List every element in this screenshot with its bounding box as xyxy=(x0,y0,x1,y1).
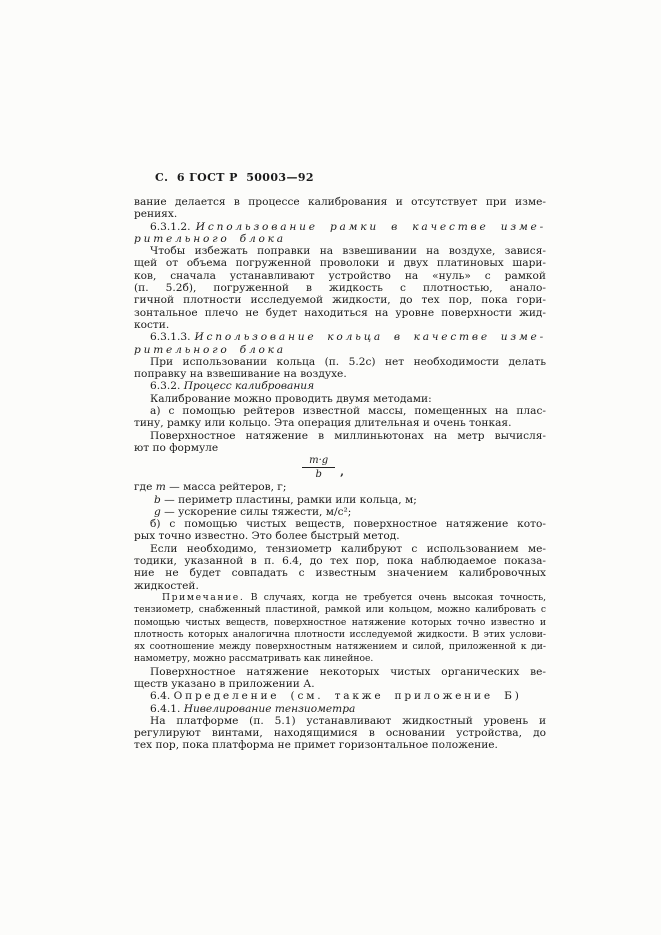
formula-numerator: m·g xyxy=(302,455,335,468)
section-heading-line: 6.4.1. Нивелирование тензиометра xyxy=(134,703,546,715)
paragraph-line: Чтобы избежать поправки на взвешивании н… xyxy=(134,245,546,257)
text-segment: 6.3.1.3. xyxy=(150,331,194,343)
paragraph-line: Поверхностное натяжение в миллиньютонах … xyxy=(134,430,546,442)
paragraph-line: поправку на взвешивание на воздухе. xyxy=(134,368,546,380)
scanned-page: С. 6 ГОСТ Р 50003—92 вание делается в пр… xyxy=(0,0,661,935)
text-segment: m xyxy=(309,455,318,466)
formula-denominator: b xyxy=(315,468,321,480)
paragraph-line: зонтальное плечо не будет находиться на … xyxy=(134,307,546,319)
text-segment: b xyxy=(154,494,161,506)
text-segment: рительного блока xyxy=(134,233,286,245)
paragraph-line: ние не будет совпадать с известным значе… xyxy=(134,567,546,579)
paragraph-line: Калибрование можно проводить двумя метод… xyxy=(134,393,546,405)
paragraph-line: На платформе (п. 5.1) устанавливают жидк… xyxy=(134,715,546,727)
note-line: Примечание. В случаях, когда не требуетс… xyxy=(134,592,546,604)
text-segment: В случаях, когда не требуется очень высо… xyxy=(244,592,546,603)
paragraph-line: ществ указано в приложении А. xyxy=(134,678,546,690)
paragraph-line: щей от объема погруженной проволоки и дв… xyxy=(134,257,546,269)
text-segment: — ускорение силы тяжести, м/с²; xyxy=(161,506,352,518)
paragraph-line: тех пор, пока платформа не примет горизо… xyxy=(134,739,546,751)
text-segment: 6.4.1. xyxy=(150,703,184,715)
paragraph-line: b — периметр пластины, рамки или кольца,… xyxy=(134,494,546,506)
paragraph-line: ют по формуле xyxy=(134,442,546,454)
paragraph-line: гичной плотности исследуемой жидкости, д… xyxy=(134,294,546,306)
paragraph-line: б) с помощью чистых веществ, поверхностн… xyxy=(134,518,546,530)
text-segment: g xyxy=(154,506,161,518)
text-segment: рительного блока xyxy=(134,344,286,356)
paragraph-line: тодики, указанной в п. 6.4, до тех пор, … xyxy=(134,555,546,567)
paragraph-line: а) с помощью рейтеров известной массы, п… xyxy=(134,405,546,417)
section-heading-line: рительного блока xyxy=(134,233,546,245)
paragraph-line: При использовании кольца (п. 5.2с) нет н… xyxy=(134,356,546,368)
formula-comma: , xyxy=(340,466,344,478)
note-line: тензиометр, снабженный пластиной, рамкой… xyxy=(134,604,546,616)
text-segment: Примечание. xyxy=(162,592,244,603)
text-segment: 6.3.2. xyxy=(150,380,184,392)
text-segment: — масса рейтеров, г; xyxy=(166,481,287,493)
text-segment: — периметр пластины, рамки или кольца, м… xyxy=(161,494,417,506)
paragraph-line: рениях. xyxy=(134,208,546,220)
note-line: плотность которых аналогична плотности и… xyxy=(134,629,546,641)
paragraph-line: где m — масса рейтеров, г; xyxy=(134,481,546,493)
text-segment: m xyxy=(156,481,166,493)
section-heading-line: 6.3.2. Процесс калибрования xyxy=(134,380,546,392)
paragraph-line: кости. xyxy=(134,319,546,331)
paragraph-line: жидкостей. xyxy=(134,580,546,592)
page-header: С. 6 ГОСТ Р 50003—92 xyxy=(155,171,314,184)
text-segment: Использование рамки в качестве изме- xyxy=(196,221,546,233)
text-segment: где xyxy=(134,481,156,493)
paragraph-line: вание делается в процессе калибрования и… xyxy=(134,196,546,208)
text-segment: g xyxy=(322,455,328,466)
section-heading-line: 6.3.1.3. Использование кольца в качестве… xyxy=(134,331,546,343)
fraction: m·gb xyxy=(302,455,335,480)
paragraph-line: рых точно известно. Это более быстрый ме… xyxy=(134,530,546,542)
section-heading-line: 6.3.1.2. Использование рамки в качестве … xyxy=(134,221,546,233)
text-segment: 6.4. xyxy=(150,690,174,702)
note-line: помощью чистых веществ, поверхностное на… xyxy=(134,617,546,629)
text-segment: b xyxy=(315,469,321,480)
paragraph-line: тину, рамку или кольцо. Эта операция дли… xyxy=(134,417,546,429)
paragraph-line: Поверхностное натяжение некоторых чистых… xyxy=(134,666,546,678)
text-segment: Нивелирование тензиометра xyxy=(184,703,356,715)
document-page: { "header": { "text": "С. 6 ГОСТ Р 50003… xyxy=(0,0,661,935)
text-column: вание делается в процессе калибрования и… xyxy=(134,196,546,752)
note-line: намометру, можно рассматривать как линей… xyxy=(134,653,546,665)
surface-tension-formula: m·gb, xyxy=(134,455,546,481)
paragraph-line: Если необходимо, тензиометр калибруют с … xyxy=(134,543,546,555)
text-segment: 6.3.1.2. xyxy=(150,221,196,233)
paragraph-line: (п. 5.2б), погруженной в жидкость с плот… xyxy=(134,282,546,294)
paragraph-line: регулируют винтами, находящимися в основ… xyxy=(134,727,546,739)
text-segment: Определение (см. также приложение Б) xyxy=(174,690,522,702)
section-heading-line: 6.4. Определение (см. также приложение Б… xyxy=(134,690,546,702)
paragraph-line: g — ускорение силы тяжести, м/с²; xyxy=(134,506,546,518)
text-segment: Процесс калибрования xyxy=(184,380,314,392)
note-line: ях соотношение между поверхностным натяж… xyxy=(134,641,546,653)
text-segment: Использование кольца в качестве изме- xyxy=(194,331,546,343)
section-heading-line: рительного блока xyxy=(134,344,546,356)
paragraph-line: ков, сначала устанавливают устройство на… xyxy=(134,270,546,282)
